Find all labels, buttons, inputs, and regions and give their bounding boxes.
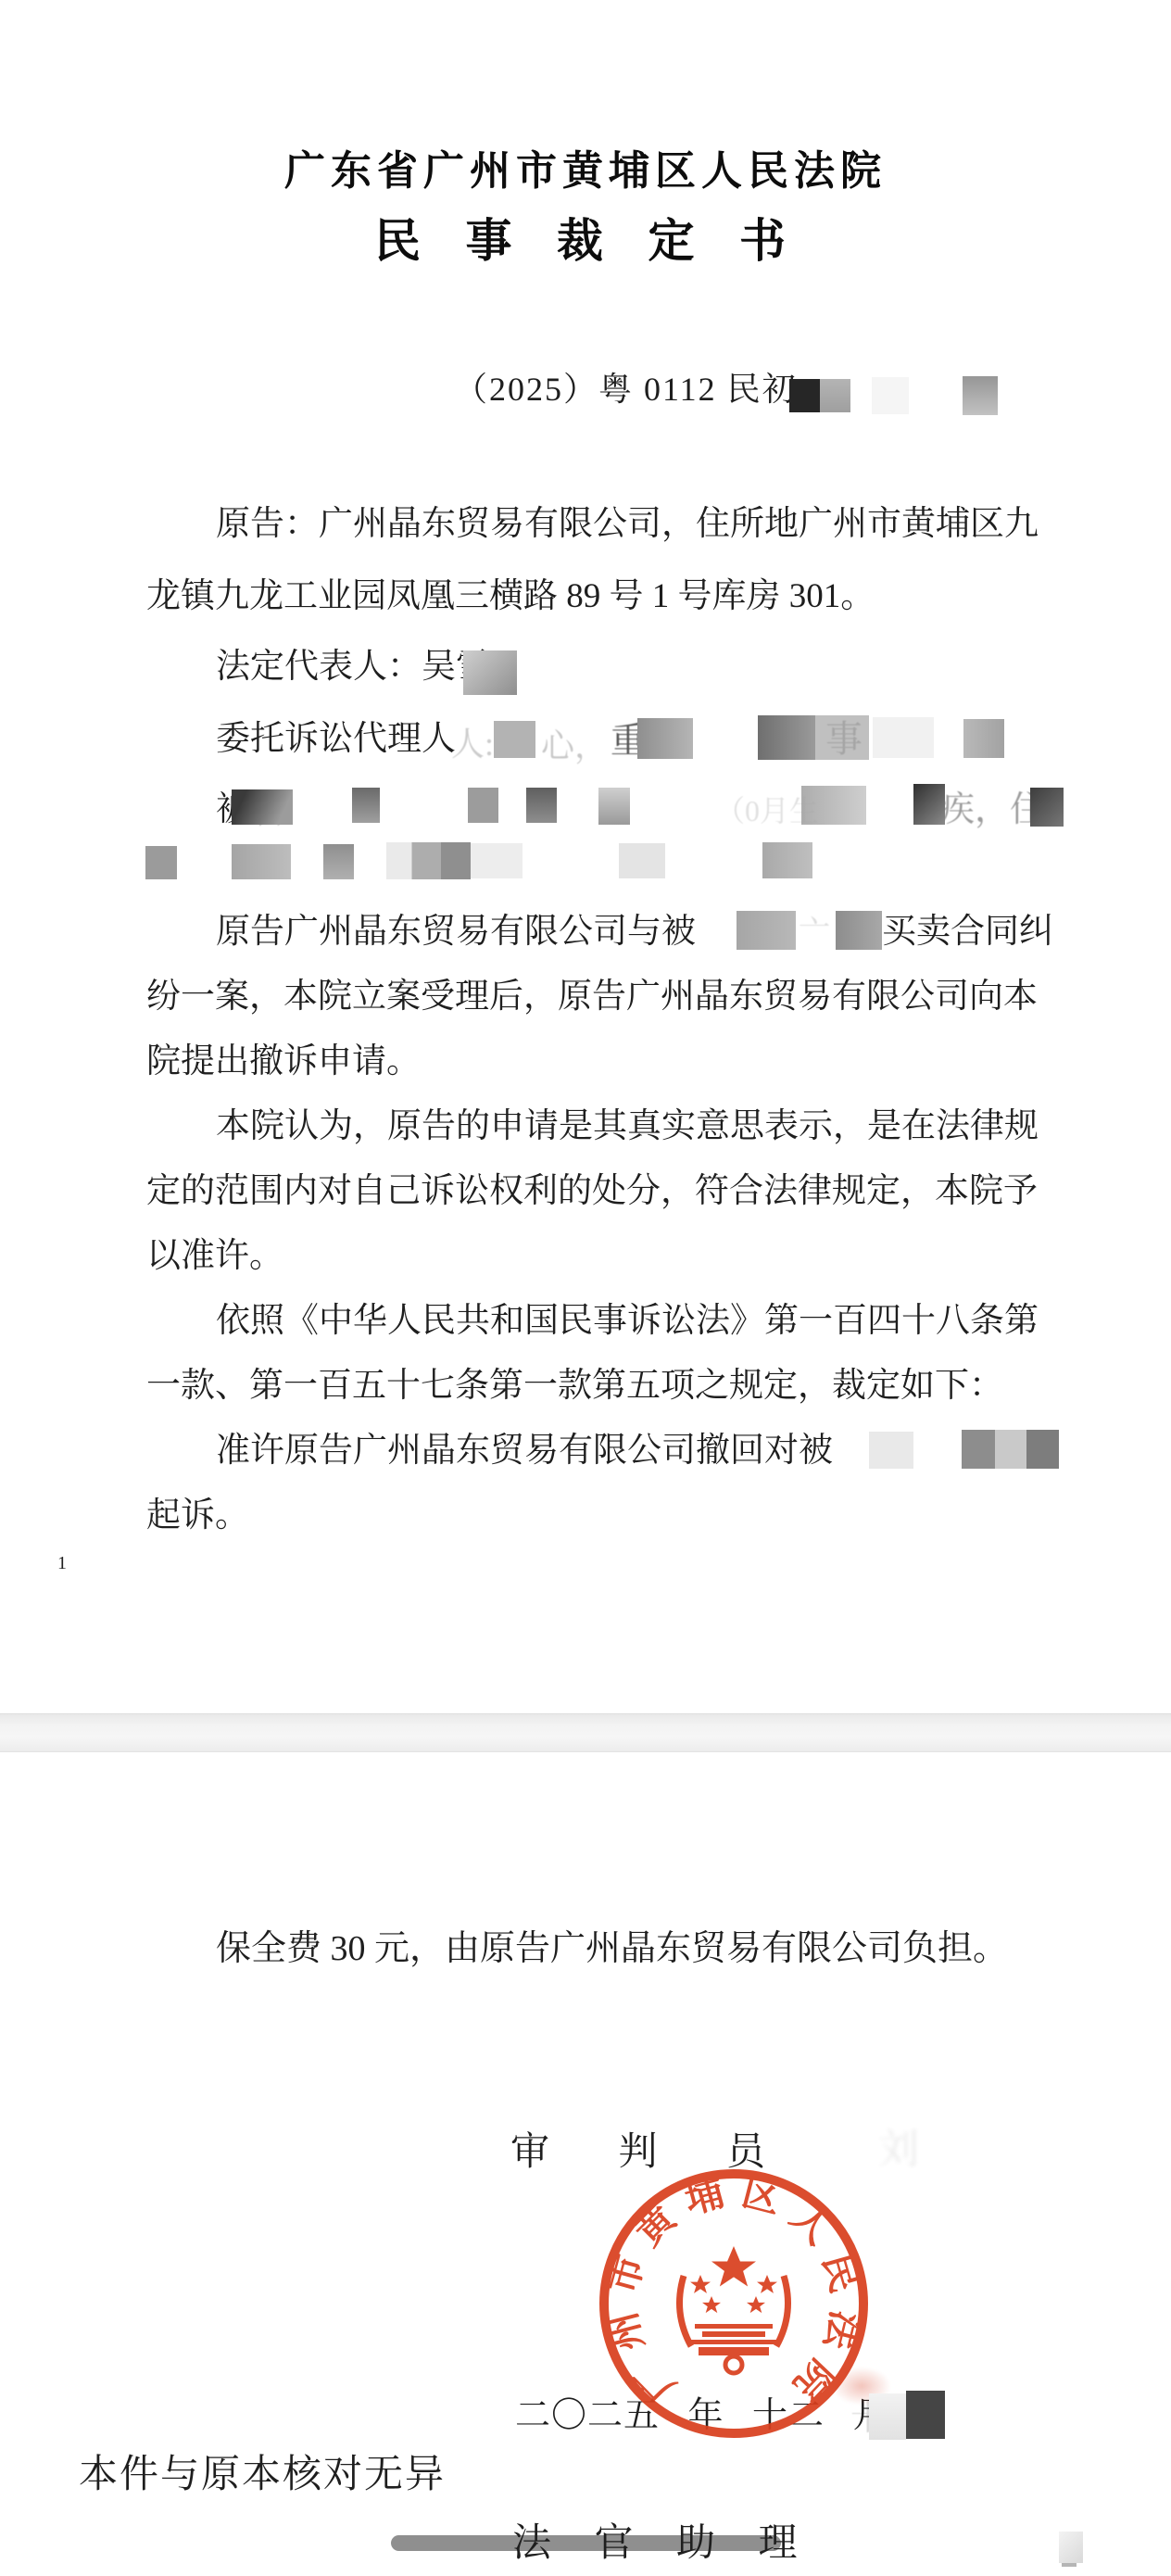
- redact-permit-3: [995, 1430, 1026, 1469]
- redact-defendant-8: [1030, 788, 1064, 827]
- page-break-divider: [0, 1713, 1171, 1752]
- redact-defendant-4: [526, 788, 557, 823]
- body-line-agent: 委托诉讼代理人: [216, 720, 456, 758]
- redact-vs-1: [737, 911, 796, 950]
- body-line-legal-rep: 法定代表人：吴雪: [216, 648, 490, 686]
- ghost-defendant-ji: 疾，住: [939, 791, 1045, 830]
- body-line-case-3: 院提出撤诉申请。: [146, 1042, 421, 1080]
- national-emblem-icon: [680, 2246, 788, 2373]
- body-line-permit-2: 起诉。: [146, 1496, 249, 1534]
- redact-agent-6: [963, 719, 1004, 758]
- court-ruling-document: 广东省广州市黄埔区人民法院 民 事 裁 定 书 广州市黄埔区人民法院 （2025…: [0, 0, 1171, 2576]
- redact-row-3: [323, 844, 354, 879]
- redact-row-4: [386, 842, 471, 879]
- redact-caseno-2: [820, 379, 850, 412]
- redact-defendant-1: [232, 789, 293, 825]
- body-line-case-2: 纷一案，本院立案受理后，原告广州晶东贸易有限公司向本: [146, 978, 1038, 1016]
- redact-vs-2: [836, 911, 882, 950]
- seal-text: 广州市黄埔区人民法院: [600, 2170, 866, 2409]
- redact-defendant-6: [801, 786, 866, 825]
- seal-ring: [604, 2174, 863, 2433]
- redact-defendant-7: [913, 784, 945, 825]
- body-line-case-intro-b: 买卖合同纠: [882, 913, 1053, 951]
- redact-permit-1: [869, 1432, 913, 1469]
- redact-caseno-1: [789, 379, 820, 412]
- redact-agent-1: [494, 721, 535, 758]
- redact-permit-4: [1026, 1430, 1059, 1469]
- redact-defendant-5: [598, 788, 630, 825]
- ghost-agent-name: 人:: [451, 726, 494, 764]
- verify-line: 本件与原本核对无异: [79, 2454, 446, 2497]
- page-number: 1: [57, 1553, 67, 1573]
- body-line-ruling-2: 一款、第一百五十七条第一款第五项之规定，裁定如下：: [146, 1367, 1003, 1405]
- ghost-vs-mark: 亠: [799, 915, 830, 950]
- assistant-label: 法 官 助 理: [512, 2522, 798, 2566]
- redact-permit-2: [962, 1430, 995, 1469]
- fee-line: 保全费 30 元，由原告广州晶东贸易有限公司负担。: [216, 1929, 1008, 1969]
- redact-agent-4: [815, 715, 869, 760]
- artifact-corner-2: [1062, 2563, 1077, 2567]
- redact-caseno-4: [963, 376, 998, 415]
- artifact-corner-1: [1059, 2532, 1083, 2563]
- ghost-agent-xin: 心，: [541, 728, 608, 765]
- ghost-judge-name: 刘: [878, 2128, 919, 2172]
- case-number: （2025）粤 0112 民初: [454, 371, 798, 408]
- redact-row-7: [762, 842, 812, 878]
- redact-defendant-3: [468, 788, 498, 823]
- redact-row-5: [471, 843, 523, 878]
- redact-agent-5: [873, 717, 934, 758]
- body-line-case-intro-a: 原告广州晶东贸易有限公司与被: [216, 913, 696, 951]
- redact-row-6: [619, 843, 665, 878]
- redact-date-2: [906, 2391, 945, 2439]
- redact-row-1: [145, 846, 177, 879]
- body-line-plaintiff-2: 龙镇九龙工业园凤凰三横路 89 号 1 号库房 301。: [146, 577, 875, 615]
- body-line-permit: 准许原告广州晶东贸易有限公司撤回对被: [216, 1432, 833, 1470]
- redact-row-2: [232, 844, 291, 879]
- redact-agent-2: [637, 718, 693, 759]
- redact-date-1: [869, 2393, 906, 2440]
- body-line-opinion-2: 定的范围内对自己诉讼权利的处分，符合法律规定，本院予: [146, 1172, 1038, 1210]
- redact-legalrep-name: [463, 650, 517, 695]
- judge-label: 审 判 员: [510, 2131, 765, 2175]
- redact-caseno-3: [872, 377, 909, 414]
- body-line-opinion-1: 本院认为，原告的申请是其真实意思表示，是在法律规: [216, 1107, 1039, 1145]
- redact-agent-3: [758, 715, 815, 760]
- body-line-opinion-3: 以准许。: [146, 1237, 283, 1275]
- body-line-plaintiff-1: 原告：广州晶东贸易有限公司，住所地广州市黄埔区九: [216, 505, 1039, 543]
- redact-defendant-2: [352, 788, 380, 823]
- doc-type-title: 民 事 裁 定 书: [0, 215, 1171, 267]
- body-line-ruling-1: 依照《中华人民共和国民事诉讼法》第一百四十八条第: [216, 1302, 1039, 1340]
- court-title: 广东省广州市黄埔区人民法院: [0, 148, 1171, 194]
